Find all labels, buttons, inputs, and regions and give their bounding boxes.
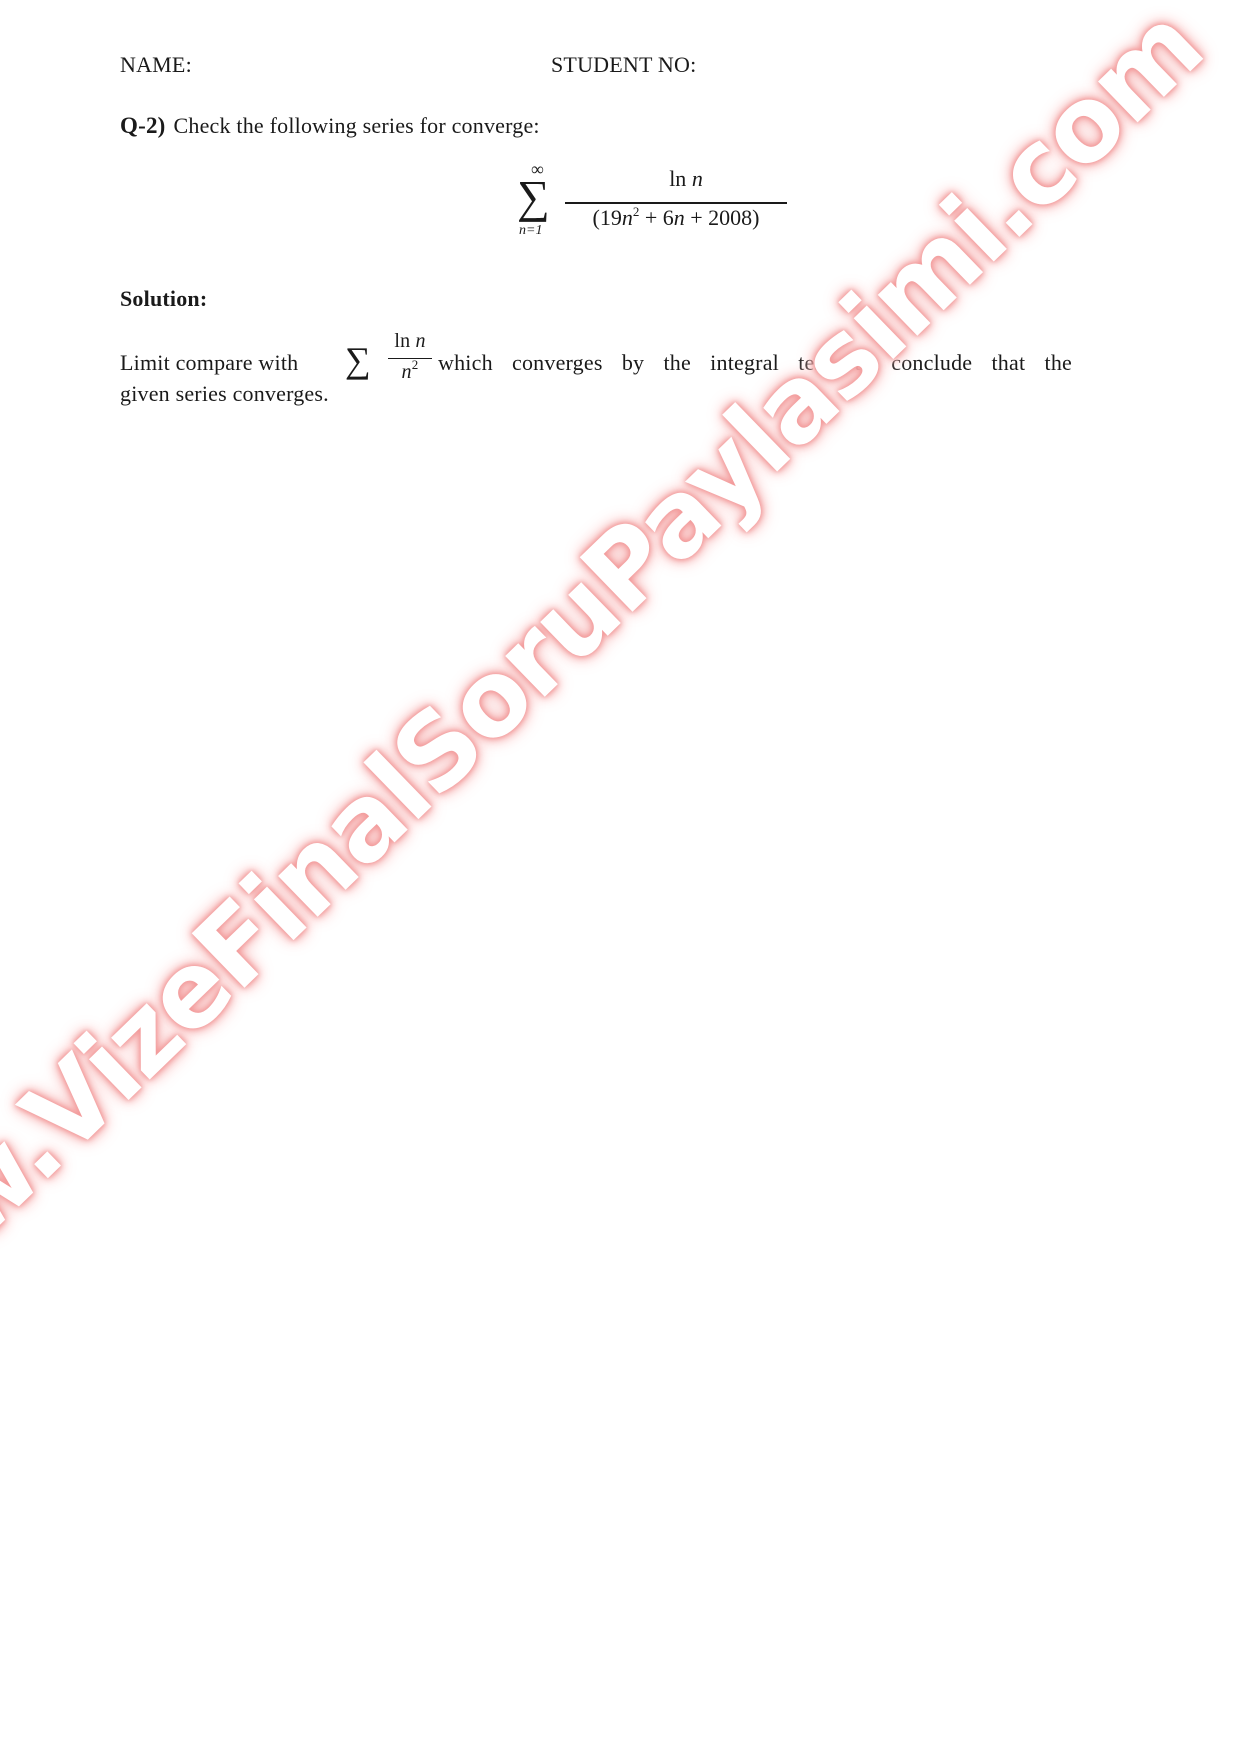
solution-heading: Solution:	[120, 286, 207, 312]
question-2: Q-2)Check the following series for conve…	[120, 113, 540, 139]
name-label: NAME:	[120, 52, 192, 78]
compare-numerator: ln n	[388, 330, 432, 353]
compare-sigma-symbol: ∑	[345, 342, 371, 378]
solution-line-2: given series converges.	[120, 381, 329, 407]
fraction-bar	[565, 202, 787, 204]
fraction-denominator: (19n2 + 6n + 2008)	[565, 205, 787, 231]
question-number: Q-2)	[120, 113, 166, 138]
compare-fraction-bar	[388, 358, 432, 359]
solution-suffix: which converges by the integral test, to…	[438, 350, 1072, 376]
series-formula: ∞ ∑ n=1 ln n (19n2 + 6n + 2008)	[517, 162, 777, 244]
sum-lower-limit: n=1	[519, 224, 542, 238]
question-text: Check the following series for converge:	[174, 113, 540, 138]
sigma-symbol: ∑	[517, 174, 550, 220]
solution-line-1: Limit compare with ∑ ln n n2 which conve…	[120, 346, 1072, 386]
compare-denominator: n2	[388, 361, 432, 384]
solution-prefix: Limit compare with	[120, 350, 298, 376]
fraction-numerator: ln n	[583, 166, 789, 192]
exam-page: NAME: STUDENT NO: Q-2)Check the followin…	[0, 0, 1240, 1754]
student-no-label: STUDENT NO:	[551, 52, 696, 78]
